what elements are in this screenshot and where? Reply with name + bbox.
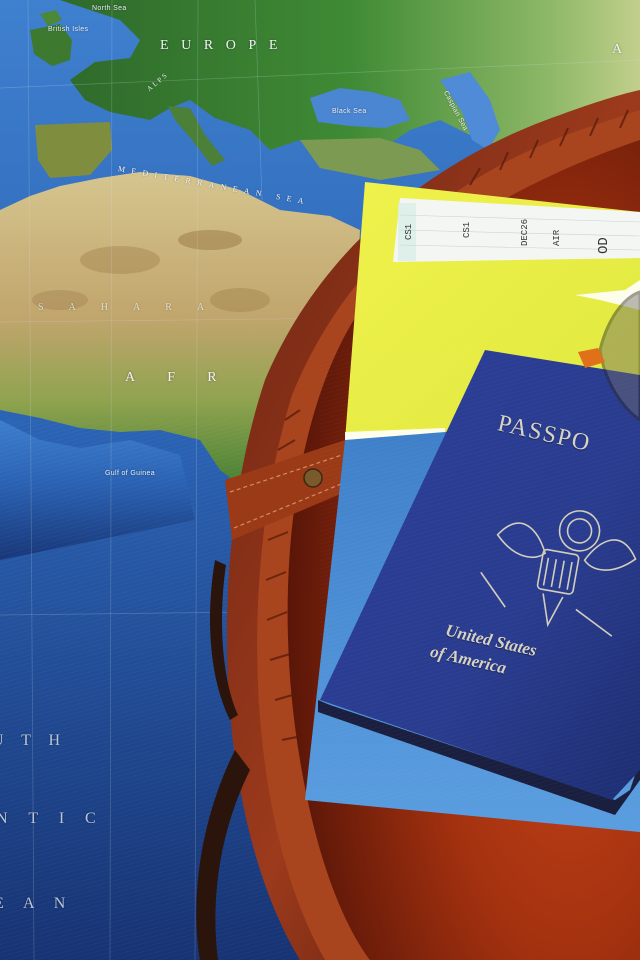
map-label-sahara: SAHARA [38, 302, 229, 313]
map-label-north-sea: North Sea [92, 5, 127, 12]
passport-booklet [318, 350, 640, 815]
map-label-ocean: EAN [0, 895, 84, 913]
rivet-icon [304, 469, 322, 487]
ticket-code: CS1 [462, 222, 472, 238]
map-label-gulf-of-guinea: Gulf of Guinea [105, 470, 155, 477]
map-label-asia: A [612, 42, 635, 58]
ticket-code: DEC26 [520, 219, 530, 246]
photo-scene: EUROPE A SAHARA AFR MEDITERRANEAN SEA AL… [0, 0, 640, 960]
map-label-british-isles: British Isles [48, 26, 88, 33]
map-label-europe: EUROPE [160, 38, 290, 54]
ticket-code: AIR [552, 230, 562, 246]
map-label-africa: AFR [125, 370, 249, 386]
ticket-code: OD [596, 237, 612, 254]
map-label-south: UTH [0, 732, 78, 750]
map-label-black-sea: Black Sea [332, 108, 367, 115]
ticket-code: CS1 [404, 224, 414, 240]
map-label-atlantic: NTIC [0, 810, 117, 828]
